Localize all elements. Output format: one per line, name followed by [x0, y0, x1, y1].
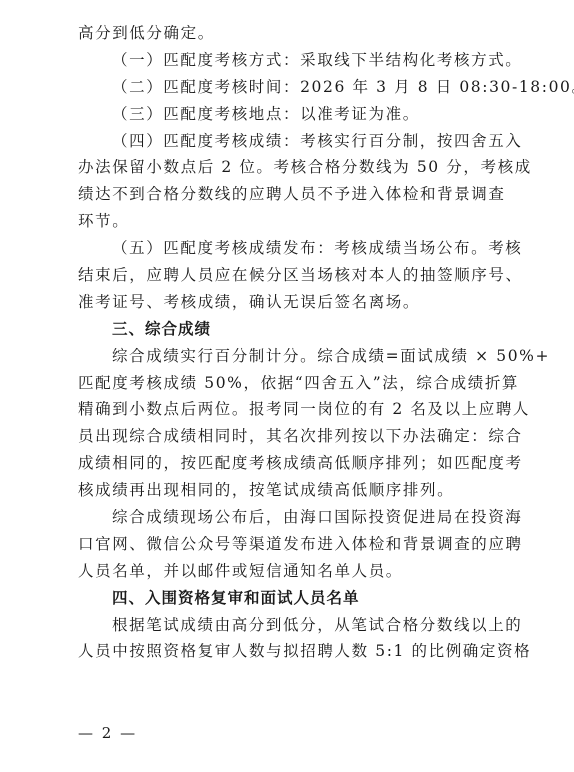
text-line: （一）匹配度考核方式：采取线下半结构化考核方式。	[78, 47, 496, 74]
text-line: 人员名单，并以邮件或短信通知名单人员。	[78, 558, 496, 585]
text-line: 结束后，应聘人员应在候分区当场核对本人的抽签顺序号、	[78, 262, 496, 289]
text-line: 绩达不到合格分数线的应聘人员不予进入体检和背景调查	[78, 181, 496, 208]
section-heading: 三、综合成绩	[78, 316, 496, 343]
text-line: 精确到小数点后两位。报考同一岗位的有 2 名及以上应聘人	[78, 396, 496, 423]
text-line: 综合成绩实行百分制计分。综合成绩=面试成绩 × 50%+	[78, 343, 496, 370]
text-line: （五）匹配度考核成绩发布：考核成绩当场公布。考核	[78, 235, 496, 262]
text-line: 核成绩再出现相同的，按笔试成绩高低顺序排列。	[78, 477, 496, 504]
text-line: （四）匹配度考核成绩：考核实行百分制，按四舍五入	[78, 128, 496, 155]
text-line: 成绩相同的，按匹配度考核成绩高低顺序排列；如匹配度考	[78, 450, 496, 477]
text-line: （三）匹配度考核地点：以准考证为准。	[78, 101, 496, 128]
text-line: 员出现综合成绩相同时，其名次排列按以下办法确定：综合	[78, 423, 496, 450]
text-line: 口官网、微信公众号等渠道发布进入体检和背景调查的应聘	[78, 531, 496, 558]
text-line: 办法保留小数点后 2 位。考核合格分数线为 50 分，考核成	[78, 154, 496, 181]
document-body: 高分到低分确定。 （一）匹配度考核方式：采取线下半结构化考核方式。 （二）匹配度…	[78, 20, 496, 665]
text-line: 人员中按照资格复审人数与拟招聘人数 5:1 的比例确定资格	[78, 638, 496, 665]
text-line: 匹配度考核成绩 50%，依据“四舍五入”法，综合成绩折算	[78, 370, 496, 397]
text-line: 环节。	[78, 208, 496, 235]
text-line: 准考证号、考核成绩，确认无误后签名离场。	[78, 289, 496, 316]
text-line: 综合成绩现场公布后，由海口国际投资促进局在投资海	[78, 504, 496, 531]
page-number: — 2 —	[78, 724, 137, 742]
section-heading: 四、入围资格复审和面试人员名单	[78, 585, 496, 612]
text-line: 高分到低分确定。	[78, 20, 496, 47]
text-line: （二）匹配度考核时间：2026 年 3 月 8 日 08:30-18:00。	[78, 74, 496, 101]
text-line: 根据笔试成绩由高分到低分，从笔试合格分数线以上的	[78, 612, 496, 639]
